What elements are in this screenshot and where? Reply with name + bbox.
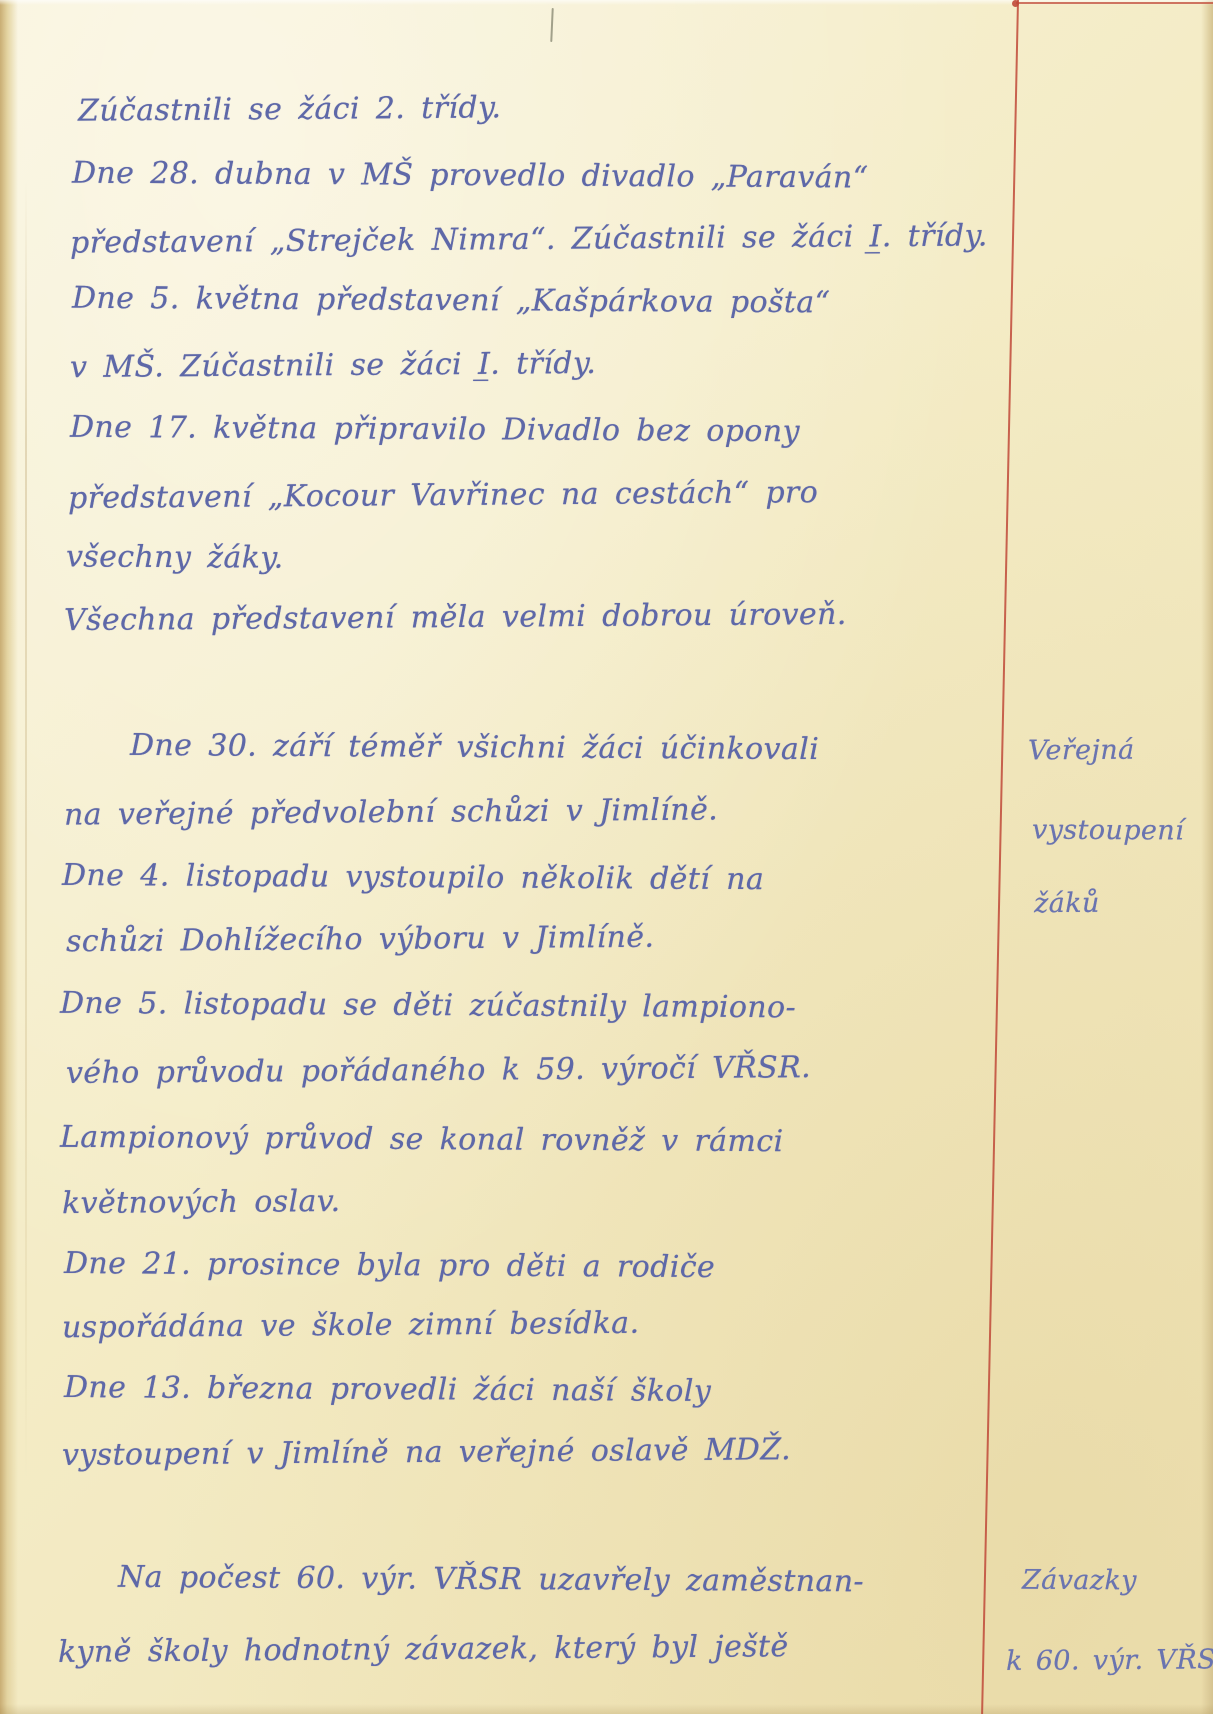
red-margin-rule-vertical <box>981 0 1019 1714</box>
red-margin-rule-horizontal <box>1016 2 1213 4</box>
handwritten-line: Dne 13. března provedli žáci naší školy <box>64 1370 711 1409</box>
handwritten-line: Na počest 60. výr. VŘSR uzavřely zaměstn… <box>118 1560 864 1600</box>
handwritten-line: Dne 21. prosince byla pro děti a rodiče <box>64 1246 715 1285</box>
chronicle-page: Zúčastnili se žáci 2. třídy. Dne 28. dub… <box>0 0 1213 1714</box>
paper-crease <box>25 180 27 1480</box>
margin-note: Závazky <box>1022 1565 1137 1597</box>
handwritten-line: Dne 30. září téměř všichni žáci účinkova… <box>130 728 819 767</box>
page-left-edge <box>0 0 18 1714</box>
handwritten-line: Všechna představení měla velmi dobrou úr… <box>64 597 847 638</box>
handwritten-line: Dne 17. května připravilo Divadlo bez op… <box>70 410 800 449</box>
page-bottom-edge <box>0 1704 1213 1714</box>
stray-ink-mark <box>550 8 553 42</box>
margin-note: žáků <box>1034 888 1100 920</box>
handwritten-line: Dne 4. listopadu vystoupilo několik dětí… <box>62 858 764 897</box>
handwritten-line: v MŠ. Zúčastnili se žáci I̲. třídy. <box>70 346 596 385</box>
handwritten-line: představení „Strejček Nimra“. Zúčastnili… <box>70 218 988 260</box>
handwritten-line: Dne 5. listopadu se děti zúčastnily lamp… <box>60 986 796 1025</box>
handwritten-line: všechny žáky. <box>66 539 284 575</box>
margin-note: Veřejná <box>1028 735 1135 767</box>
handwritten-line: na veřejné předvolební schůzi v Jimlíně. <box>64 792 718 832</box>
handwritten-line: Dne 5. května představení „Kašpárkova po… <box>72 281 831 321</box>
handwritten-line: schůzi Dohlížecího výboru v Jimlíně. <box>66 920 655 960</box>
margin-note: vystoupení <box>1032 815 1184 847</box>
handwritten-line: kyně školy hodnotný závazek, který byl j… <box>58 1629 789 1670</box>
handwritten-line: Dne 28. dubna v MŠ provedlo divadlo „Par… <box>72 156 869 196</box>
margin-note: k 60. výr. VŘSR <box>1006 1644 1213 1677</box>
handwritten-line: vystoupení v Jimlíně na veřejné oslavě M… <box>62 1432 791 1473</box>
handwritten-line: Lampionový průvod se konal rovněž v rámc… <box>60 1120 784 1159</box>
handwritten-line: Zúčastnili se žáci 2. třídy. <box>78 90 502 128</box>
page-right-edge <box>1201 0 1213 1714</box>
handwritten-line: vého průvodu pořádaného k 59. výročí VŘS… <box>66 1050 811 1091</box>
handwritten-line: uspořádána ve škole zimní besídka. <box>62 1306 640 1346</box>
red-margin-rule-dot <box>1012 0 1019 7</box>
handwritten-line: květnových oslav. <box>62 1184 341 1221</box>
handwritten-line: představení „Kocour Vavřinec na cestách“… <box>68 475 818 516</box>
